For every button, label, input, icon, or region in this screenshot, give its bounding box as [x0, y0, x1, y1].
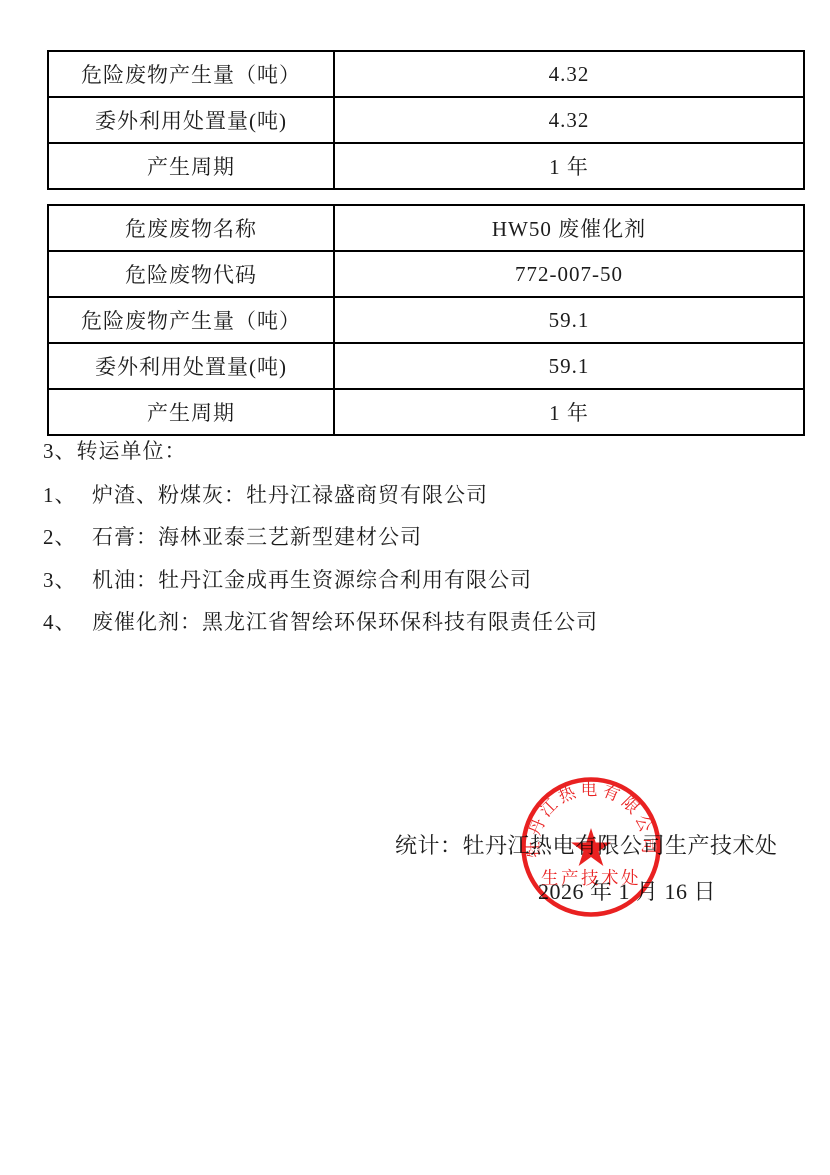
transfer-section-heading: 3、转运单位：: [43, 436, 187, 466]
company-seal-stamp: 牡丹江热电有限公司 生产技术处: [516, 772, 666, 922]
star-icon: [571, 828, 611, 866]
row-label: 委外利用处置量(吨): [48, 97, 334, 143]
table-row: 产生周期 1 年: [48, 143, 804, 189]
item-text: 炉渣、粉煤灰：牡丹江禄盛商贸有限公司: [92, 483, 488, 507]
row-value: HW50 废催化剂: [334, 205, 804, 251]
item-index: 4、: [43, 607, 92, 637]
transfer-item: 2、石膏：海林亚泰三艺新型建材公司: [43, 522, 422, 552]
waste-table-1: 危险废物产生量（吨） 4.32 委外利用处置量(吨) 4.32 产生周期 1 年: [47, 50, 805, 190]
row-value: 1 年: [334, 143, 804, 189]
row-label: 危废废物名称: [48, 205, 334, 251]
row-label: 产生周期: [48, 143, 334, 189]
item-index: 1、: [43, 480, 92, 510]
table-row: 危废废物名称 HW50 废催化剂: [48, 205, 804, 251]
transfer-item: 1、炉渣、粉煤灰：牡丹江禄盛商贸有限公司: [43, 480, 488, 510]
row-value: 772-007-50: [334, 251, 804, 297]
document-page: 危险废物产生量（吨） 4.32 委外利用处置量(吨) 4.32 产生周期 1 年…: [0, 0, 830, 1175]
transfer-item: 3、机油：牡丹江金成再生资源综合利用有限公司: [43, 565, 532, 595]
row-label: 委外利用处置量(吨): [48, 343, 334, 389]
item-index: 3、: [43, 565, 92, 595]
table-row: 委外利用处置量(吨) 4.32: [48, 97, 804, 143]
waste-table-2: 危废废物名称 HW50 废催化剂 危险废物代码 772-007-50 危险废物产…: [47, 204, 805, 436]
table-row: 委外利用处置量(吨) 59.1: [48, 343, 804, 389]
row-value: 4.32: [334, 51, 804, 97]
row-value: 1 年: [334, 389, 804, 435]
table-row: 产生周期 1 年: [48, 389, 804, 435]
item-index: 2、: [43, 522, 92, 552]
item-text: 机油：牡丹江金成再生资源综合利用有限公司: [92, 568, 532, 592]
row-value: 59.1: [334, 297, 804, 343]
stamp-bottom-text: 生产技术处: [541, 868, 641, 888]
row-label: 危险废物代码: [48, 251, 334, 297]
row-value: 59.1: [334, 343, 804, 389]
table-row: 危险废物产生量（吨） 4.32: [48, 51, 804, 97]
row-label: 危险废物产生量（吨）: [48, 297, 334, 343]
table-row: 危险废物产生量（吨） 59.1: [48, 297, 804, 343]
row-value: 4.32: [334, 97, 804, 143]
row-label: 危险废物产生量（吨）: [48, 51, 334, 97]
item-text: 废催化剂：黑龙江省智绘环保环保科技有限责任公司: [92, 610, 598, 634]
table-row: 危险废物代码 772-007-50: [48, 251, 804, 297]
transfer-item: 4、废催化剂：黑龙江省智绘环保环保科技有限责任公司: [43, 607, 598, 637]
row-label: 产生周期: [48, 389, 334, 435]
item-text: 石膏：海林亚泰三艺新型建材公司: [92, 525, 422, 549]
